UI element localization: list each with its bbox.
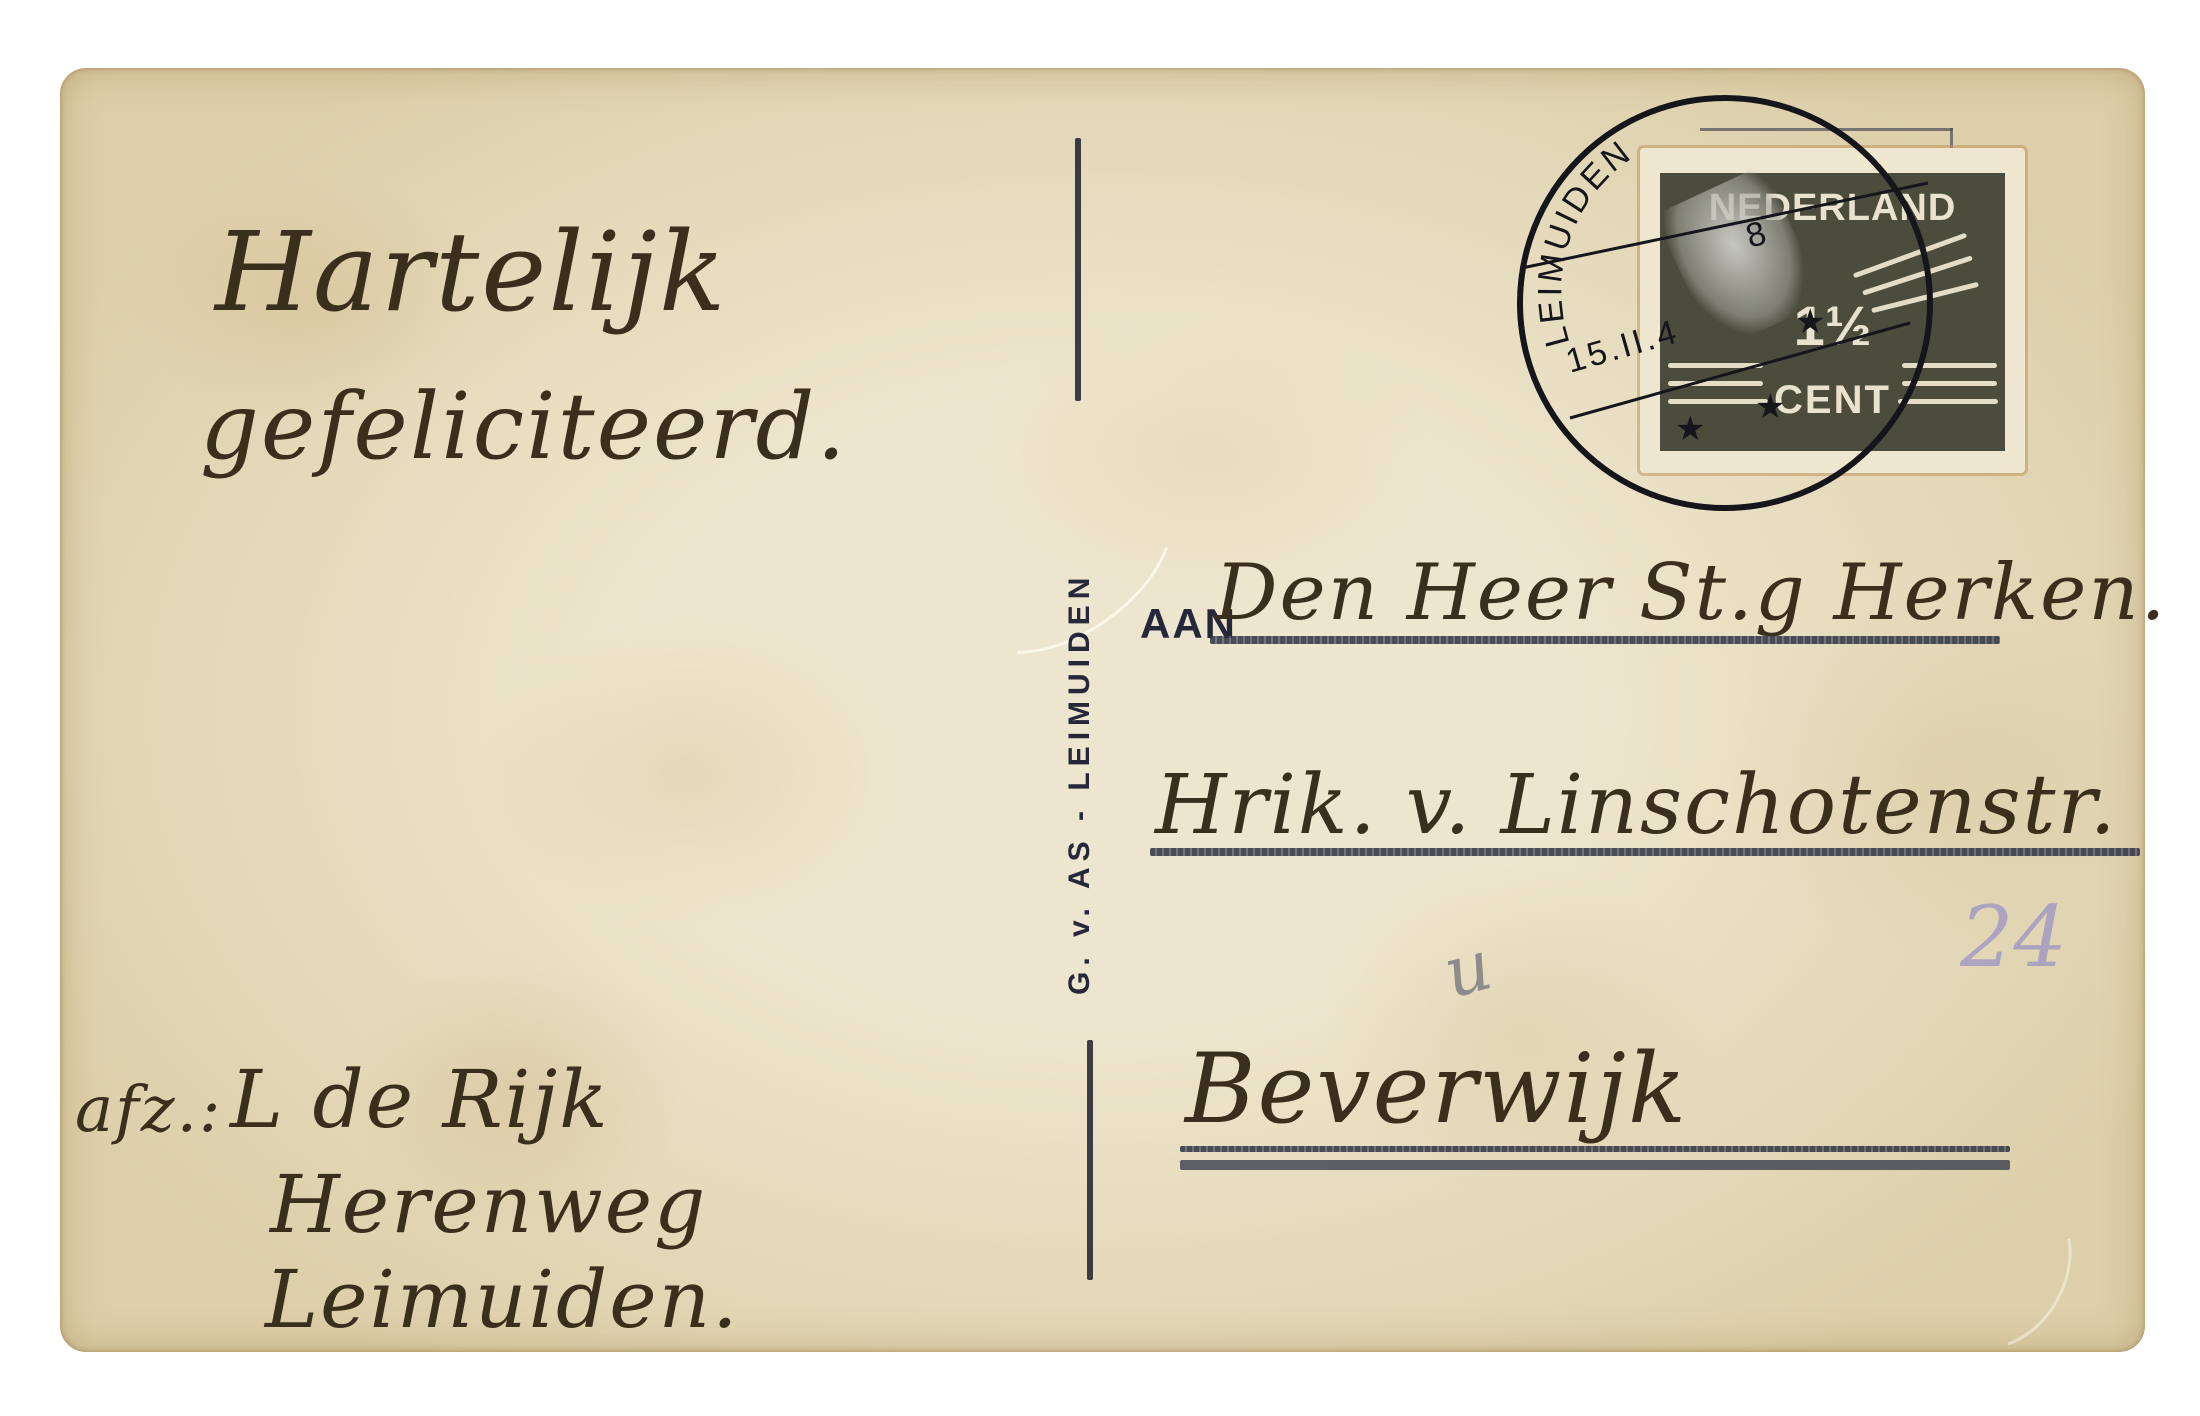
- stamp-wing-stroke: [1668, 363, 1763, 368]
- pencil-number: 24: [1960, 888, 2067, 986]
- stamp-design: NEDERLAND 1½ CENT: [1660, 173, 2005, 451]
- address-rule-1: [1210, 636, 2000, 644]
- postmark-frame-line: [1700, 128, 1953, 131]
- pencil-mark: u: [1435, 924, 1500, 1015]
- greeting-line-1: Hartelijk: [215, 208, 728, 336]
- greeting-line-2: gefeliciteerd.: [200, 373, 848, 480]
- recipient-line-1: Den Heer St.g Herken.: [1215, 548, 2167, 638]
- paper-crease: [1907, 1168, 2099, 1375]
- address-rule-3a: [1180, 1146, 2010, 1152]
- divider-line-bottom: [1087, 1040, 1093, 1280]
- sender-prefix: afz.:: [75, 1073, 222, 1147]
- sender-city: Leimuiden.: [265, 1253, 740, 1346]
- recipient-line-2: Hrik. v. Linschotenstr.: [1155, 758, 2118, 853]
- address-rule-2: [1150, 848, 2140, 856]
- stamp-unit: CENT: [1660, 378, 2005, 423]
- sender-name: L de Rijk: [230, 1053, 610, 1146]
- stamp-wing-stroke: [1902, 363, 1997, 368]
- publisher-imprint: G. v. AS - LEIMUIDEN: [1063, 572, 1097, 995]
- divider-line-top: [1075, 138, 1081, 401]
- sender-street: Herenweg: [270, 1158, 707, 1251]
- postage-stamp: NEDERLAND 1½ CENT: [1640, 148, 2025, 473]
- recipient-line-3: Beverwijk: [1185, 1033, 1688, 1145]
- address-rule-3b: [1180, 1160, 2010, 1170]
- stamp-wing-stroke: [1853, 233, 1967, 279]
